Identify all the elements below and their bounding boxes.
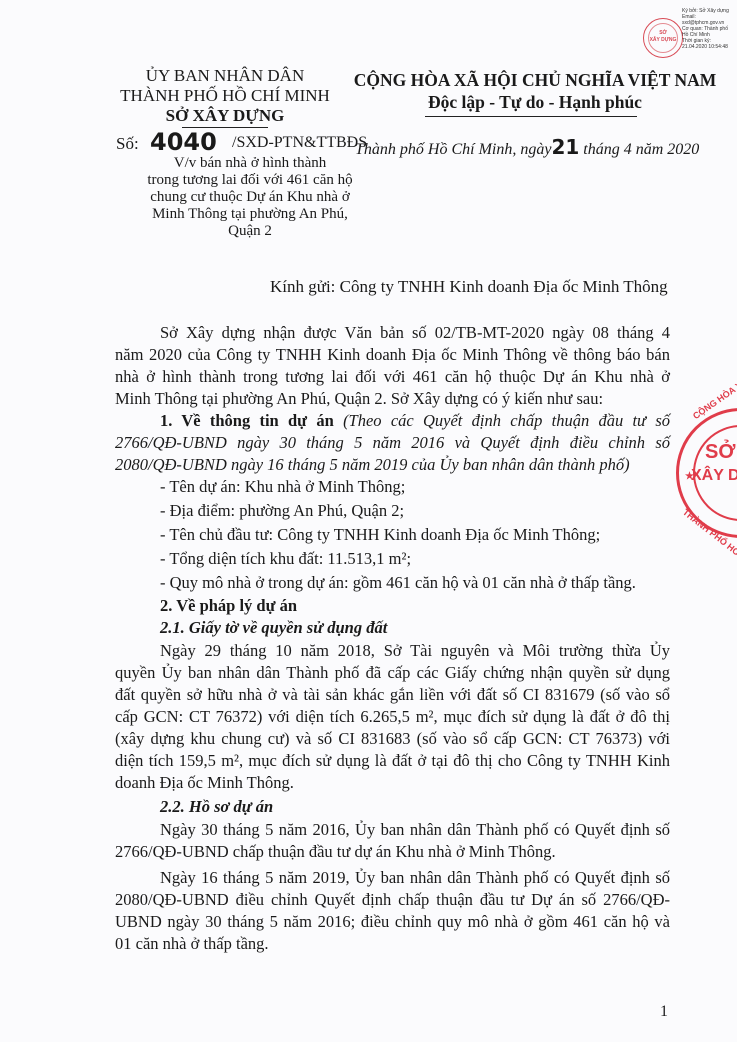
project-docs-line: Ngày 30 tháng 5 năm 2016, Ủy ban nhân dâ… <box>160 819 670 840</box>
subject-line: chung cư thuộc Dự án Khu nhà ở <box>100 189 400 206</box>
intro-line: Minh Thông tại phường An Phú, Quận 2. Sở… <box>115 388 603 409</box>
project-docs-line: 2766/QĐ-UBND chấp thuận đầu tư dự án Khu… <box>115 841 556 862</box>
intro-line: nhà ở hình thành trong tương lai đối với… <box>115 366 670 387</box>
seal-ring-top: CỘNG HÒA X.H.C. <box>691 368 737 421</box>
subject-line: trong tương lai đối với 461 căn hộ <box>100 172 400 189</box>
land-rights-line: doanh Địa ốc Minh Thông. <box>115 772 294 793</box>
date-day: 21 <box>551 135 579 159</box>
signature-info: Ký bởi: Sở Xây dựng Email: sxd@tphcm.gov… <box>682 8 729 50</box>
date-prefix: Thành phố Hồ Chí Minh, ngày <box>355 141 551 158</box>
project-info-item: - Quy mô nhà ở trong dự án: gồm 461 căn … <box>160 572 636 593</box>
project-docs-line: UBND ngày 30 tháng 5 năm 2016; điều chỉn… <box>115 911 670 932</box>
section-1-note: (Theo các Quyết định chấp thuận đầu tư s… <box>343 411 670 430</box>
stamp-text-bottom: XÂY DỰNG <box>644 37 682 44</box>
project-info-item: - Tên chủ đầu tư: Công ty TNHH Kinh doan… <box>160 524 600 545</box>
subject-line: Minh Thông tại phường An Phú, <box>100 206 400 223</box>
land-rights-line: diện tích 159,5 m², mục đích sử dụng là … <box>115 750 670 771</box>
org-line-3: SỞ XÂY DỰNG <box>100 106 350 126</box>
land-rights-line: quyền Ủy ban nhân dân Thành phố đã cấp c… <box>115 662 670 683</box>
section-1-heading: 1. Về thông tin dự án (Theo các Quyết đị… <box>160 410 670 431</box>
stamp-text-top: SỞ <box>644 30 682 37</box>
land-rights-line: (xây dựng khu chung cư) và số CI 831683 … <box>115 728 670 749</box>
doc-number: 4040 <box>150 128 217 156</box>
national-motto: Độc lập - Tự do - Hạnh phúc <box>350 92 720 113</box>
intro-line: năm 2020 của Công ty TNHH Kinh doanh Địa… <box>115 344 670 365</box>
project-info-item: - Tổng diện tích khu đất: 11.513,1 m²; <box>160 548 411 569</box>
subject-line: Quận 2 <box>100 223 400 240</box>
project-info-item: - Địa điểm: phường An Phú, Quận 2; <box>160 500 404 521</box>
intro-line: Sở Xây dựng nhận được Văn bản số 02/TB-M… <box>160 322 670 343</box>
land-rights-line: cấp GCN: CT 76372) với diện tích 6.265,5… <box>115 706 670 727</box>
section-2-title: 2. Về pháp lý dự án <box>160 595 297 616</box>
section-1-title: 1. Về thông tin dự án <box>160 411 334 430</box>
section-2-2-title: 2.2. Hồ sơ dự án <box>160 796 273 817</box>
seal-center-2: XÂY DỰ <box>691 467 737 485</box>
date-suffix: tháng 4 năm 2020 <box>583 141 699 158</box>
land-rights-line: Ngày 29 tháng 10 năm 2018, Sở Tài nguyên… <box>160 640 670 661</box>
date-line: Thành phố Hồ Chí Minh, ngày21 tháng 4 nă… <box>355 135 699 159</box>
org-line-2: THÀNH PHỐ HỒ CHÍ MINH <box>100 86 350 106</box>
official-seal: CỘNG HÒA X.H.C. ★ SỞ XÂY DỰ THÀNH PHỐ HỒ… <box>676 408 737 538</box>
page-number: 1 <box>660 1003 668 1021</box>
project-info-item: - Tên dự án: Khu nhà ở Minh Thông; <box>160 476 405 497</box>
motto-underline <box>425 116 637 117</box>
section-1-note-line: 2080/QĐ-UBND ngày 16 tháng 5 năm 2019 củ… <box>115 454 630 475</box>
recipient: Kính gửi: Công ty TNHH Kinh doanh Địa ốc… <box>270 276 668 297</box>
land-rights-line: đất quyền sở hữu nhà ở và tài sản khác g… <box>115 684 670 705</box>
project-docs-line: 2080/QĐ-UBND điều chỉnh Quyết định chấp … <box>115 889 670 910</box>
doc-number-label: Số: <box>116 134 139 154</box>
project-docs-line: 01 căn nhà ở thấp tầng. <box>115 933 269 954</box>
doc-number-suffix: /SXD-PTN&TTBĐS <box>232 134 367 152</box>
project-docs-line: Ngày 16 tháng 5 năm 2019, Ủy ban nhân dâ… <box>160 867 670 888</box>
org-line-1: ỦY BAN NHÂN DÂN <box>100 66 350 86</box>
national-title: CỘNG HÒA XÃ HỘI CHỦ NGHĨA VIỆT NAM <box>350 70 720 91</box>
section-1-note-line: 2766/QĐ-UBND ngày 30 tháng 5 năm 2016 và… <box>115 432 670 453</box>
section-2-1-title: 2.1. Giấy tờ về quyền sử dụng đất <box>160 617 387 638</box>
seal-center-1: SỞ <box>705 441 735 464</box>
digital-signature-stamp: SỞ XÂY DỰNG <box>643 18 683 58</box>
